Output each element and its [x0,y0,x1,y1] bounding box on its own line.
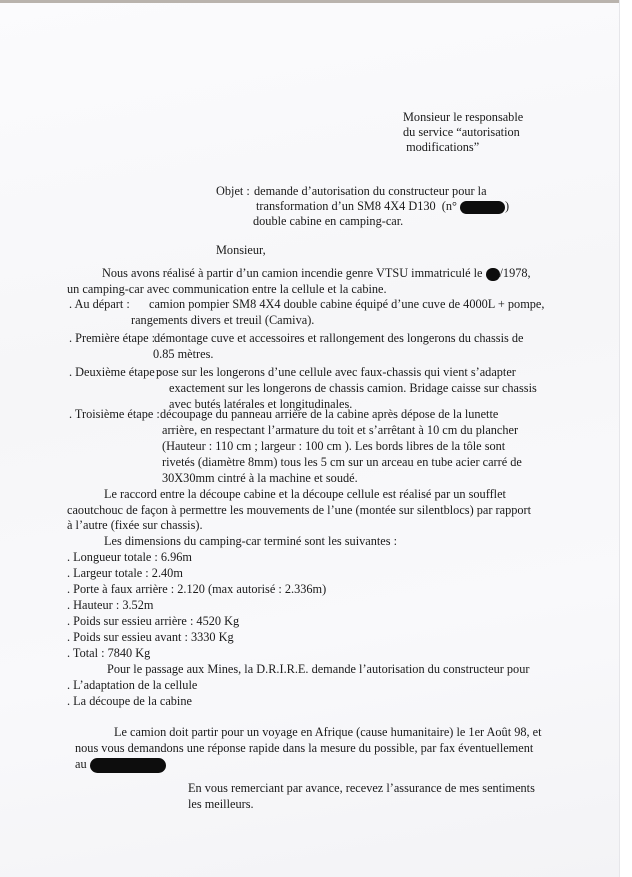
subject-line-2-prefix: transformation d’un SM8 4X4 D130 (n° [256,199,460,213]
step-label-1: . Première étape : [69,331,155,347]
recipient-line-3: modifications” [403,140,479,156]
dimension-item: . Hauteur : 3.52m [67,598,153,614]
scanned-letter-page: Monsieur le responsable du service “auto… [0,0,620,877]
departure-line-1: Le camion doit partir pour un voyage en … [114,725,542,741]
step-3-line-5: 30X30mm cintré à la machine et soudé. [162,471,358,487]
step-label-3: . Troisième étape : [69,407,160,423]
raccord-line-2: caoutchouc de façon à permettre les mouv… [67,503,531,519]
step-2-line-2: exactement sur les longerons de chassis … [169,381,537,397]
dimension-item: . Total : 7840 Kg [67,646,150,662]
dimension-item: . Largeur totale : 2.40m [67,566,183,582]
step-depart-line-2: rangements divers et treuil (Camiva). [131,313,314,329]
redacted-fax-number [90,758,166,773]
intro-line-1-year: /1978, [500,266,531,280]
recipient-line-1: Monsieur le responsable [403,110,523,126]
dimensions-intro: Les dimensions du camping-car terminé so… [104,534,397,550]
departure-line-2: nous vous demandons une réponse rapide d… [75,741,533,757]
subject-line-2-suffix: ) [505,199,509,213]
dimension-item: . Porte à faux arrière : 2.120 (max auto… [67,582,326,598]
departure-line-3: au [75,757,166,773]
step-3-line-3: (Hauteur : 110 cm ; largeur : 100 cm ). … [162,439,505,455]
mines-item: . L’adaptation de la cellule [67,678,197,694]
dimension-item: . Poids sur essieu avant : 3330 Kg [67,630,234,646]
step-2-line-1: pose sur les longerons d’une cellule ave… [156,365,516,381]
salutation: Monsieur, [216,243,266,259]
raccord-line-1: Le raccord entre la découpe cabine et la… [104,487,506,503]
mines-item: . La découpe de la cabine [67,694,192,710]
recipient-line-2: du service “autorisation [403,125,520,141]
step-label-2: . Deuxième étape : [69,365,161,381]
step-3-line-4: rivetés (diamètre 8mm) tous les 5 cm sur… [162,455,522,471]
subject-line-1: demande d’autorisation du constructeur p… [254,184,487,200]
mines-intro: Pour le passage aux Mines, la D.R.I.R.E.… [107,662,529,678]
intro-line-1: Nous avons réalisé à partir d’un camion … [102,266,531,282]
step-3-line-2: arrière, en respectant l’armature du toi… [162,423,518,439]
closing-line-2: les meilleurs. [188,797,254,813]
dimension-item: . Poids sur essieu arrière : 4520 Kg [67,614,239,630]
scan-edge [619,0,632,877]
intro-line-1-text: Nous avons réalisé à partir d’un camion … [102,266,483,280]
departure-line-3-prefix: au [75,757,90,771]
subject-label: Objet : [216,184,250,200]
step-1-line-2: 0.85 mètres. [153,347,213,363]
redacted-number [460,201,505,214]
step-depart-line-1: camion pompier SM8 4X4 double cabine équ… [149,297,544,313]
step-3-line-1: découpage du panneau arrière de la cabin… [160,407,498,423]
intro-line-2: un camping-car avec communication entre … [67,282,387,298]
raccord-line-3: à l’autre (fixée sur chassis). [67,518,203,534]
step-label-depart: . Au départ : [69,297,130,313]
subject-line-2: transformation d’un SM8 4X4 D130 (n° ) [256,199,509,215]
subject-line-3: double cabine en camping-car. [253,214,403,230]
step-1-line-1: démontage cuve et accessoires et rallong… [154,331,523,347]
dimension-item: . Longueur totale : 6.96m [67,550,192,566]
closing-line-1: En vous remerciant par avance, recevez l… [188,781,535,797]
redacted-date [486,268,500,281]
